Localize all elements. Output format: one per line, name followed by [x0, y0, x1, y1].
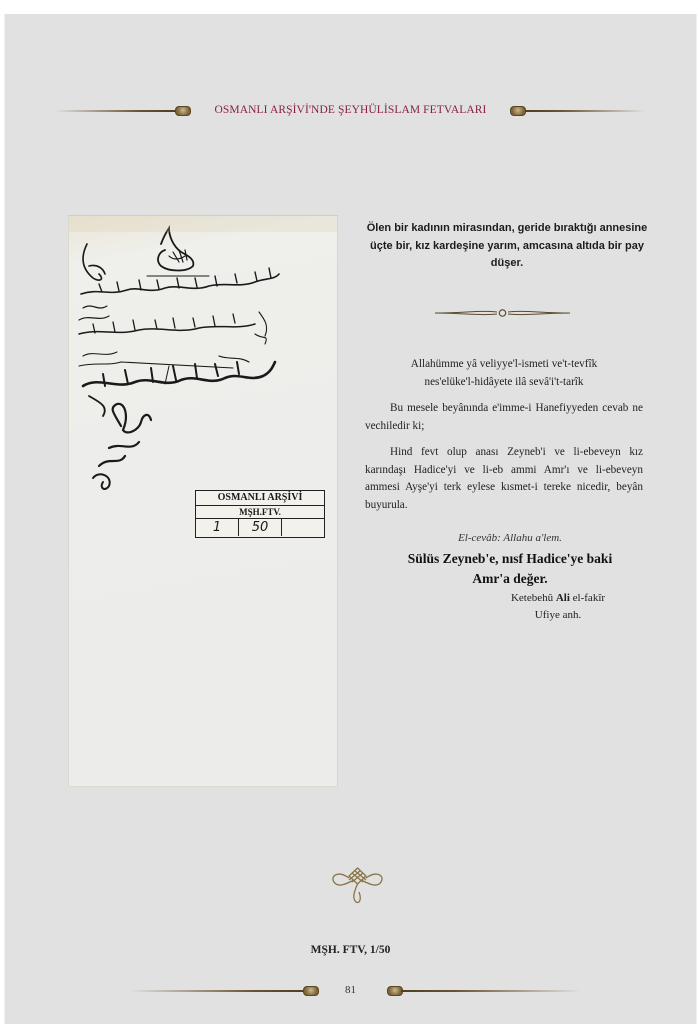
fatwa-manuscript-image: OSMANLI ARŞİVİ MŞH.FTV. 1 50	[68, 215, 338, 787]
answer-line-1: Sülüs Zeyneb'e, nısf Hadice'ye baki	[365, 549, 655, 569]
footer-rule-right	[401, 990, 581, 992]
invocation-line-2: nes'elüke'l-hidâyete ilâ sevâ'i't-tarîk	[365, 374, 643, 392]
fatwa-text: Allahümme yâ veliyye'l-ismeti ve't-tevfî…	[365, 356, 643, 514]
header-rule-right	[525, 110, 645, 112]
invocation-line-1: Allahümme yâ veliyye'l-ismeti ve't-tevfî…	[365, 356, 643, 374]
stamp-number-cells: 1 50	[196, 519, 324, 536]
archive-reference: MŞH. FTV, 1/50	[5, 944, 696, 956]
divider-ornament-icon	[435, 308, 570, 318]
fatwa-answer: Sülüs Zeyneb'e, nısf Hadice'ye baki Amr'…	[365, 549, 655, 589]
signature-line-1: Ketebehû Ali el-fakîr	[483, 590, 633, 607]
mufti-signature: Ketebehû Ali el-fakîr Ufiye anh.	[483, 590, 633, 624]
stamp-collection-code: MŞH.FTV.	[196, 506, 324, 519]
stamp-cell-empty	[282, 519, 324, 536]
question-intro: Bu mesele beyânında e'imme-i Hanefiyyede…	[365, 400, 643, 435]
stamp-cell-volume: 1	[196, 519, 239, 536]
archive-stamp: OSMANLI ARŞİVİ MŞH.FTV. 1 50	[195, 490, 325, 538]
signature-line-2: Ufiye anh.	[483, 607, 633, 624]
fatwa-summary: Ölen bir kadının mirasından, geride bıra…	[357, 220, 657, 273]
book-page: OSMANLI ARŞİVİ'NDE ŞEYHÜLİSLAM FETVALARI	[4, 14, 697, 1024]
answer-intro: El-cevâb: Allahu a'lem.	[365, 532, 655, 544]
header-finial-right-icon	[510, 106, 526, 116]
question-text: Hind fevt olup anası Zeyneb'i ve li-ebev…	[365, 444, 643, 514]
stamp-archive-name: OSMANLI ARŞİVİ	[196, 491, 324, 506]
stamp-cell-number: 50	[239, 519, 282, 536]
page-number: 81	[5, 984, 696, 996]
knot-ornament-icon	[330, 866, 385, 911]
answer-line-2: Amr'a değer.	[365, 569, 655, 589]
mufti-name: Ali	[556, 592, 570, 604]
